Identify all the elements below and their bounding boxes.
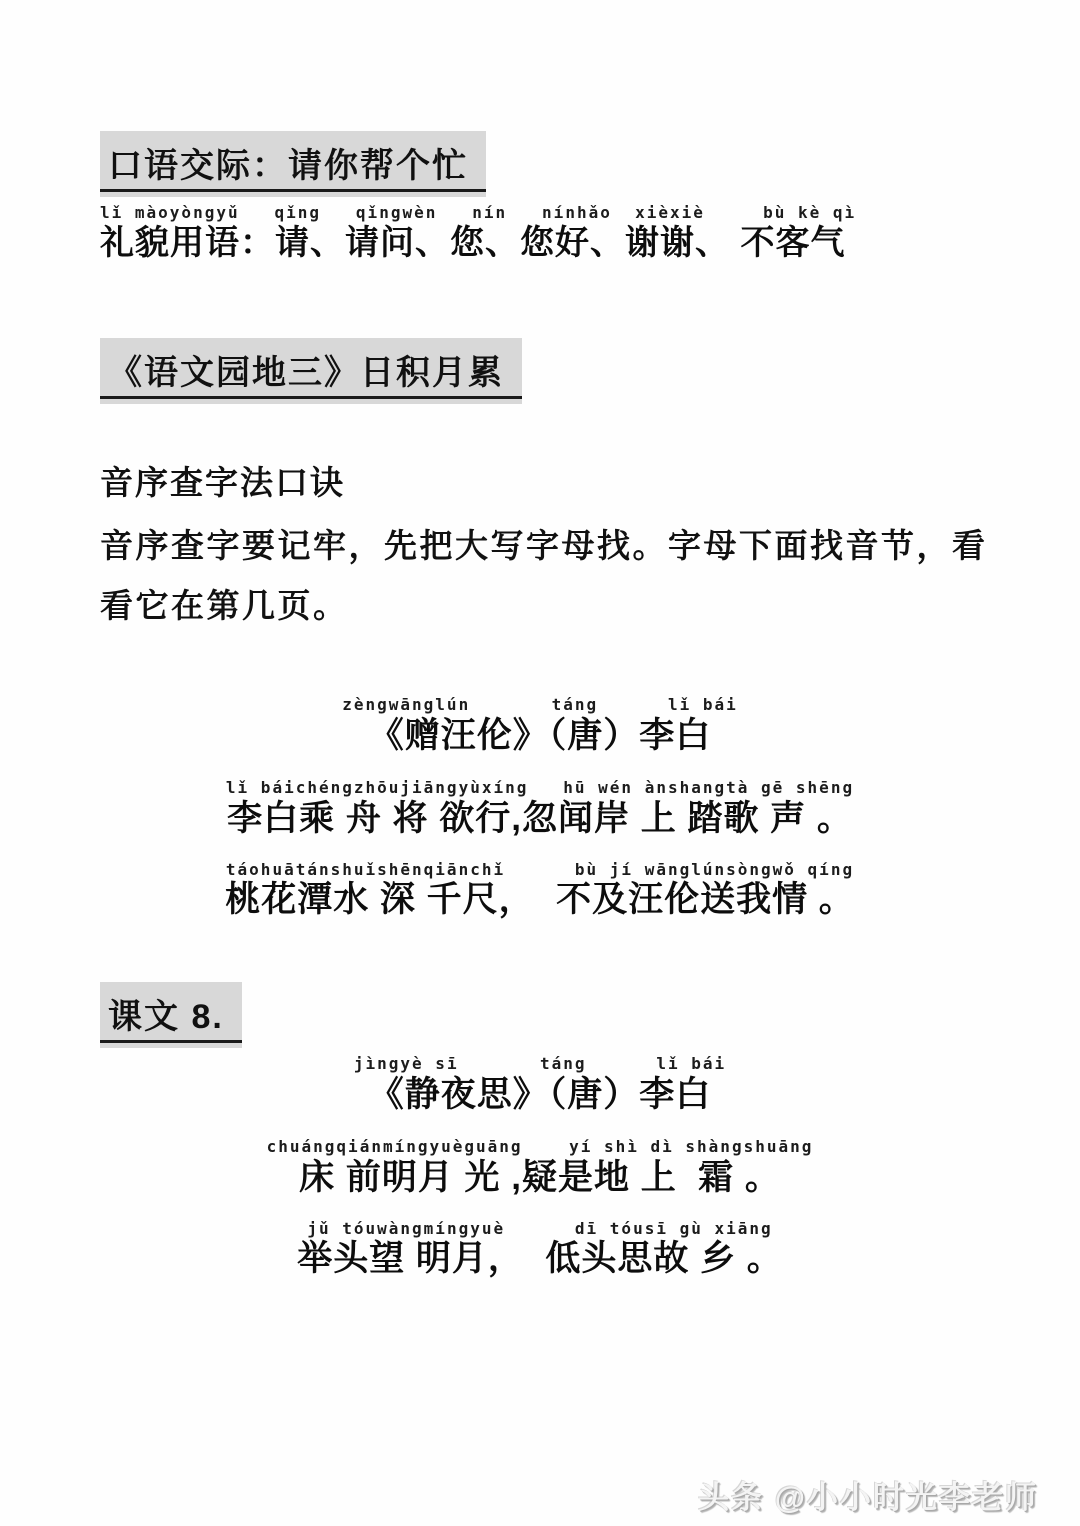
poem1-line1-pinyin: lǐ báichéngzhōujiāngyùxíng hū wén ànshan… [0, 779, 1080, 797]
poem1-line2-text: 桃花潭水 深 千尺， 不及汪伦送我情 。 [0, 878, 1080, 922]
watermark-author-credit: 头条 @小小时光李老师 [698, 1472, 1038, 1517]
poem1-line-2: táohuātánshuǐshēnqiānchǐ bù jí wānglúnsò… [0, 861, 1080, 922]
lookup-method-subheading: 音序查字法口诀 [100, 457, 1080, 504]
lookup-method-rhyme-text: 音序查字要记牢，先把大写字母找。字母下面找音节，看看它在第几页。 [100, 516, 1020, 636]
polite-words-pinyin: lǐ màoyòngyǔ qǐng qǐngwèn nín nínhǎo xiè… [100, 204, 1080, 222]
section-heading-garden-three: 《语文园地三》日积月累 [100, 338, 522, 399]
section-heading-lesson-8: 课文 8. [100, 982, 242, 1043]
polite-words-line: lǐ màoyòngyǔ qǐng qǐngwèn nín nínhǎo xiè… [100, 204, 1080, 264]
document-page: 口语交际：请你帮个忙 lǐ màoyòngyǔ qǐng qǐngwèn nín… [0, 0, 1080, 1526]
poem2-line2-text: 举头望 明月， 低头思故 乡 。 [0, 1237, 1080, 1281]
poem2-line1-text: 床 前明月 光 ,疑是地 上 霜 。 [0, 1156, 1080, 1200]
poem2-title-block: jìngyè sī táng lǐ bái 《静夜思》（唐）李白 [0, 1055, 1080, 1116]
section-lesson-8: 课文 8. [100, 982, 1080, 1043]
section-oral-communication: 口语交际：请你帮个忙 lǐ màoyòngyǔ qǐng qǐngwèn nín… [100, 0, 1080, 264]
poem2-line1-pinyin: chuángqiánmíngyuèguāng yí shì dì shàngsh… [0, 1138, 1080, 1156]
poem1-line2-pinyin: táohuātánshuǐshēnqiānchǐ bù jí wānglúnsò… [0, 861, 1080, 879]
poem1-title: 《赠汪伦》（唐）李白 [0, 714, 1080, 758]
poem2-line-2: jǔ tóuwàngmíngyuè dī tóusī gù xiāng 举头望 … [0, 1220, 1080, 1281]
polite-words-text: 礼貌用语：请、请问、您、您好、谢谢、 不客气 [100, 222, 1080, 265]
poem1-title-pinyin: zèngwānglún táng lǐ bái [0, 696, 1080, 714]
poem1-line-1: lǐ báichéngzhōujiāngyùxíng hū wén ànshan… [0, 779, 1080, 840]
poem1-title-block: zèngwānglún táng lǐ bái 《赠汪伦》（唐）李白 [0, 696, 1080, 757]
poem2-line-1: chuángqiánmíngyuèguāng yí shì dì shàngsh… [0, 1138, 1080, 1199]
poem2-line2-pinyin: jǔ tóuwàngmíngyuè dī tóusī gù xiāng [0, 1220, 1080, 1238]
poem-jing-ye-si: jìngyè sī táng lǐ bái 《静夜思》（唐）李白 chuángq… [0, 1055, 1080, 1281]
section-heading-oral-communication: 口语交际：请你帮个忙 [100, 131, 486, 192]
poem1-line1-text: 李白乘 舟 将 欲行,忽闻岸 上 踏歌 声 。 [0, 797, 1080, 841]
poem-zeng-wang-lun: zèngwānglún táng lǐ bái 《赠汪伦》（唐）李白 lǐ bá… [0, 696, 1080, 922]
poem2-title: 《静夜思》（唐）李白 [0, 1073, 1080, 1117]
section-garden-three: 《语文园地三》日积月累 音序查字法口诀 音序查字要记牢，先把大写字母找。字母下面… [100, 338, 1080, 636]
poem2-title-pinyin: jìngyè sī táng lǐ bái [0, 1055, 1080, 1073]
